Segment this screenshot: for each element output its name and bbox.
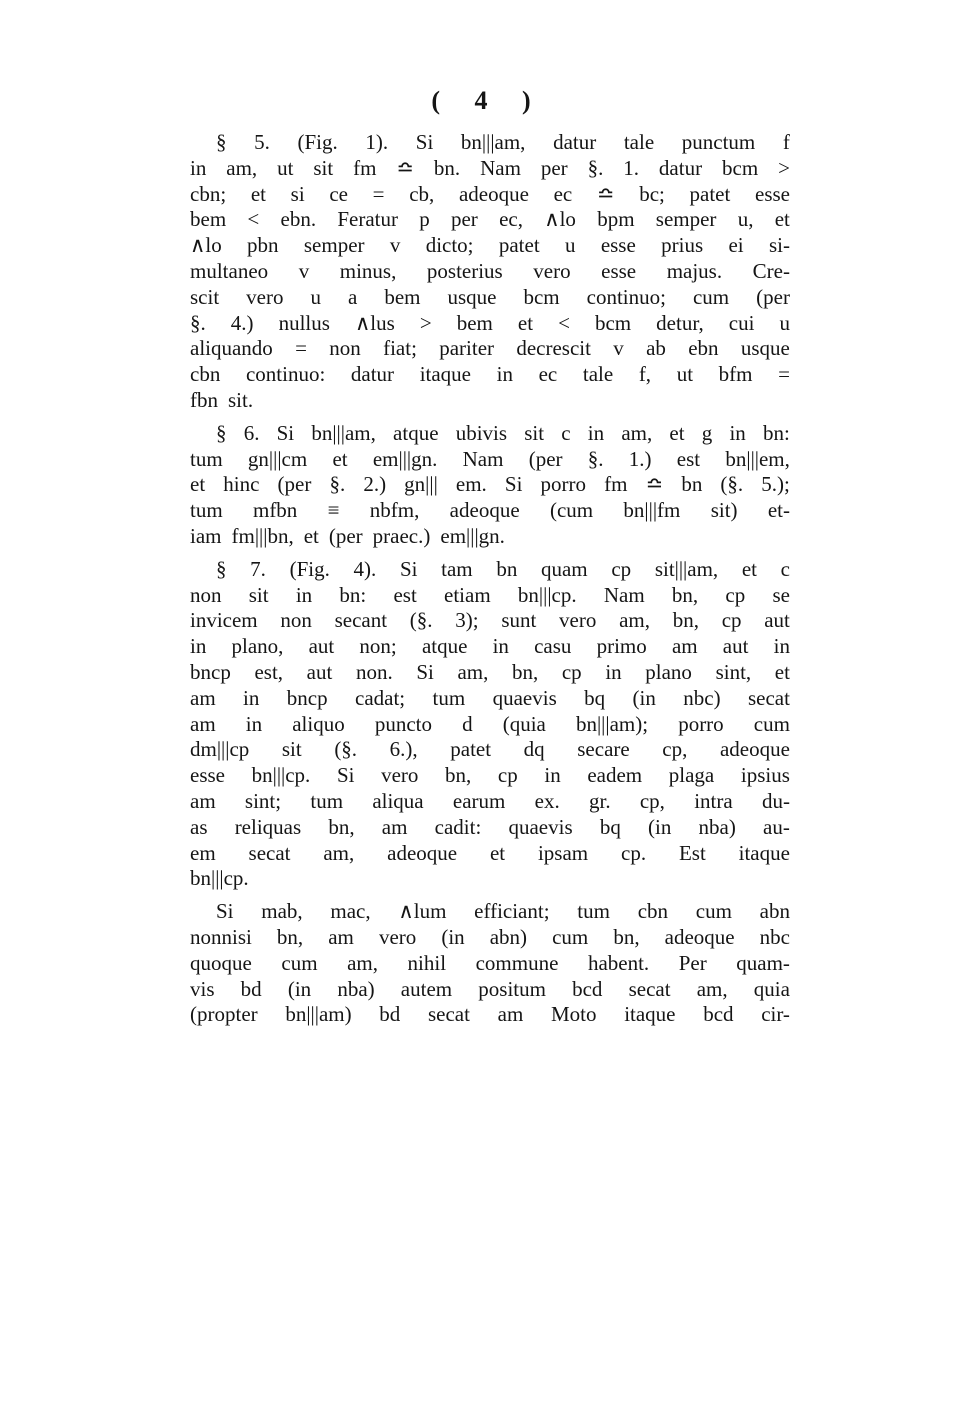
text-line: quoquecumam,nihilcommunehabent.Perquam- <box>190 951 790 977</box>
text-line: multaneovminus,posteriusveroessemajus.Cr… <box>190 259 790 285</box>
text-line: aliquando=nonfiat;pariterdecrescitvabebn… <box>190 336 790 362</box>
text-line: tummfbn≡nbfm,adeoque(cumbn|||fmsit)et- <box>190 498 790 524</box>
text-line: aminaliquopunctod(quiabn|||am);porrocum <box>190 712 790 738</box>
paragraph-section-5: §5.(Fig.1).Sibn|||am,daturtalepunctumfin… <box>190 130 790 414</box>
text-line: bn|||cp. <box>190 866 790 892</box>
text-line: emsecatam,adeoqueetipsamcp.Estitaque <box>190 841 790 867</box>
paragraph-section-7: §7.(Fig.4).Sitambnquamcpsit|||am,etcnons… <box>190 557 790 892</box>
text-line: iamfm|||bn,et(perpraec.)em|||gn. <box>190 524 790 550</box>
text-line: invicemnonsecant(§.3);suntveroam,bn,cpau… <box>190 608 790 634</box>
text-line: tumgn|||cmetem|||gn.Nam(per§.1.)estbn|||… <box>190 447 790 473</box>
text-line: scitverouabemusquebcmcontinuo;cum(per <box>190 285 790 311</box>
text-line: §5.(Fig.1).Sibn|||am,daturtalepunctumf <box>190 130 790 156</box>
text-line: §6.Sibn|||am,atqueubivissitcinam,etginbn… <box>190 421 790 447</box>
text-line: §7.(Fig.4).Sitambnquamcpsit|||am,etc <box>190 557 790 583</box>
text-line: dm|||cpsit(§.6.),patetdqsecarecp,adeoque <box>190 737 790 763</box>
text-line: nonsitinbn:estetiambn|||cp.Nambn,cpse <box>190 583 790 609</box>
text-line: aminbncpcadat;tumquaevisbq(innbc)secat <box>190 686 790 712</box>
text-line: essebn|||cp.Siverobn,cpineademplagaipsiu… <box>190 763 790 789</box>
text-line: cbn;etsice=cb,adeoqueec≏bc;patetesse <box>190 182 790 208</box>
text-line: bncpest,autnon.Siam,bn,cpinplanosint,et <box>190 660 790 686</box>
text-line: inam,utsitfm≏bn.Namper§.1.daturbcm> <box>190 156 790 182</box>
text-line: amsint;tumaliquaearumex.gr.cp,intradu- <box>190 789 790 815</box>
text-line: nonnisibn,amvero(inabn)cumbn,adeoquenbc <box>190 925 790 951</box>
text-line: bem<ebn.Feraturpperec,∧lobpmsemperu,et <box>190 207 790 233</box>
body-text: §5.(Fig.1).Sibn|||am,daturtalepunctumfin… <box>190 130 790 1028</box>
text-line: fbnsit. <box>190 388 790 414</box>
text-line: §.4.)nullus∧lus>bemet<bcmdetur,cuiu <box>190 311 790 337</box>
text-line: asreliquasbn,amcadit:quaevisbq(innba)au- <box>190 815 790 841</box>
paragraph-section-7-continued: Simab,mac,∧lumefficiant;tumcbncumabnnonn… <box>190 899 790 1028</box>
paragraph-section-6: §6.Sibn|||am,atqueubivissitcinam,etginbn… <box>190 421 790 550</box>
page-number: ( 4 ) <box>0 86 976 116</box>
text-line: visbd(innba)autempositumbcdsecatam,quia <box>190 977 790 1003</box>
text-line: Simab,mac,∧lumefficiant;tumcbncumabn <box>190 899 790 925</box>
text-line: ethinc(per§.2.)gn|||em.Siporrofm≏bn(§.5.… <box>190 472 790 498</box>
text-line: ∧lopbnsempervdicto;patetuessepriuseisi- <box>190 233 790 259</box>
text-line: cbncontinuo:daturitaqueinectalef,utbfm= <box>190 362 790 388</box>
text-line: inplano,autnon;atqueincasuprimoamautin <box>190 634 790 660</box>
text-line: (propterbn|||am)bdsecatamMotoitaquebcdci… <box>190 1002 790 1028</box>
